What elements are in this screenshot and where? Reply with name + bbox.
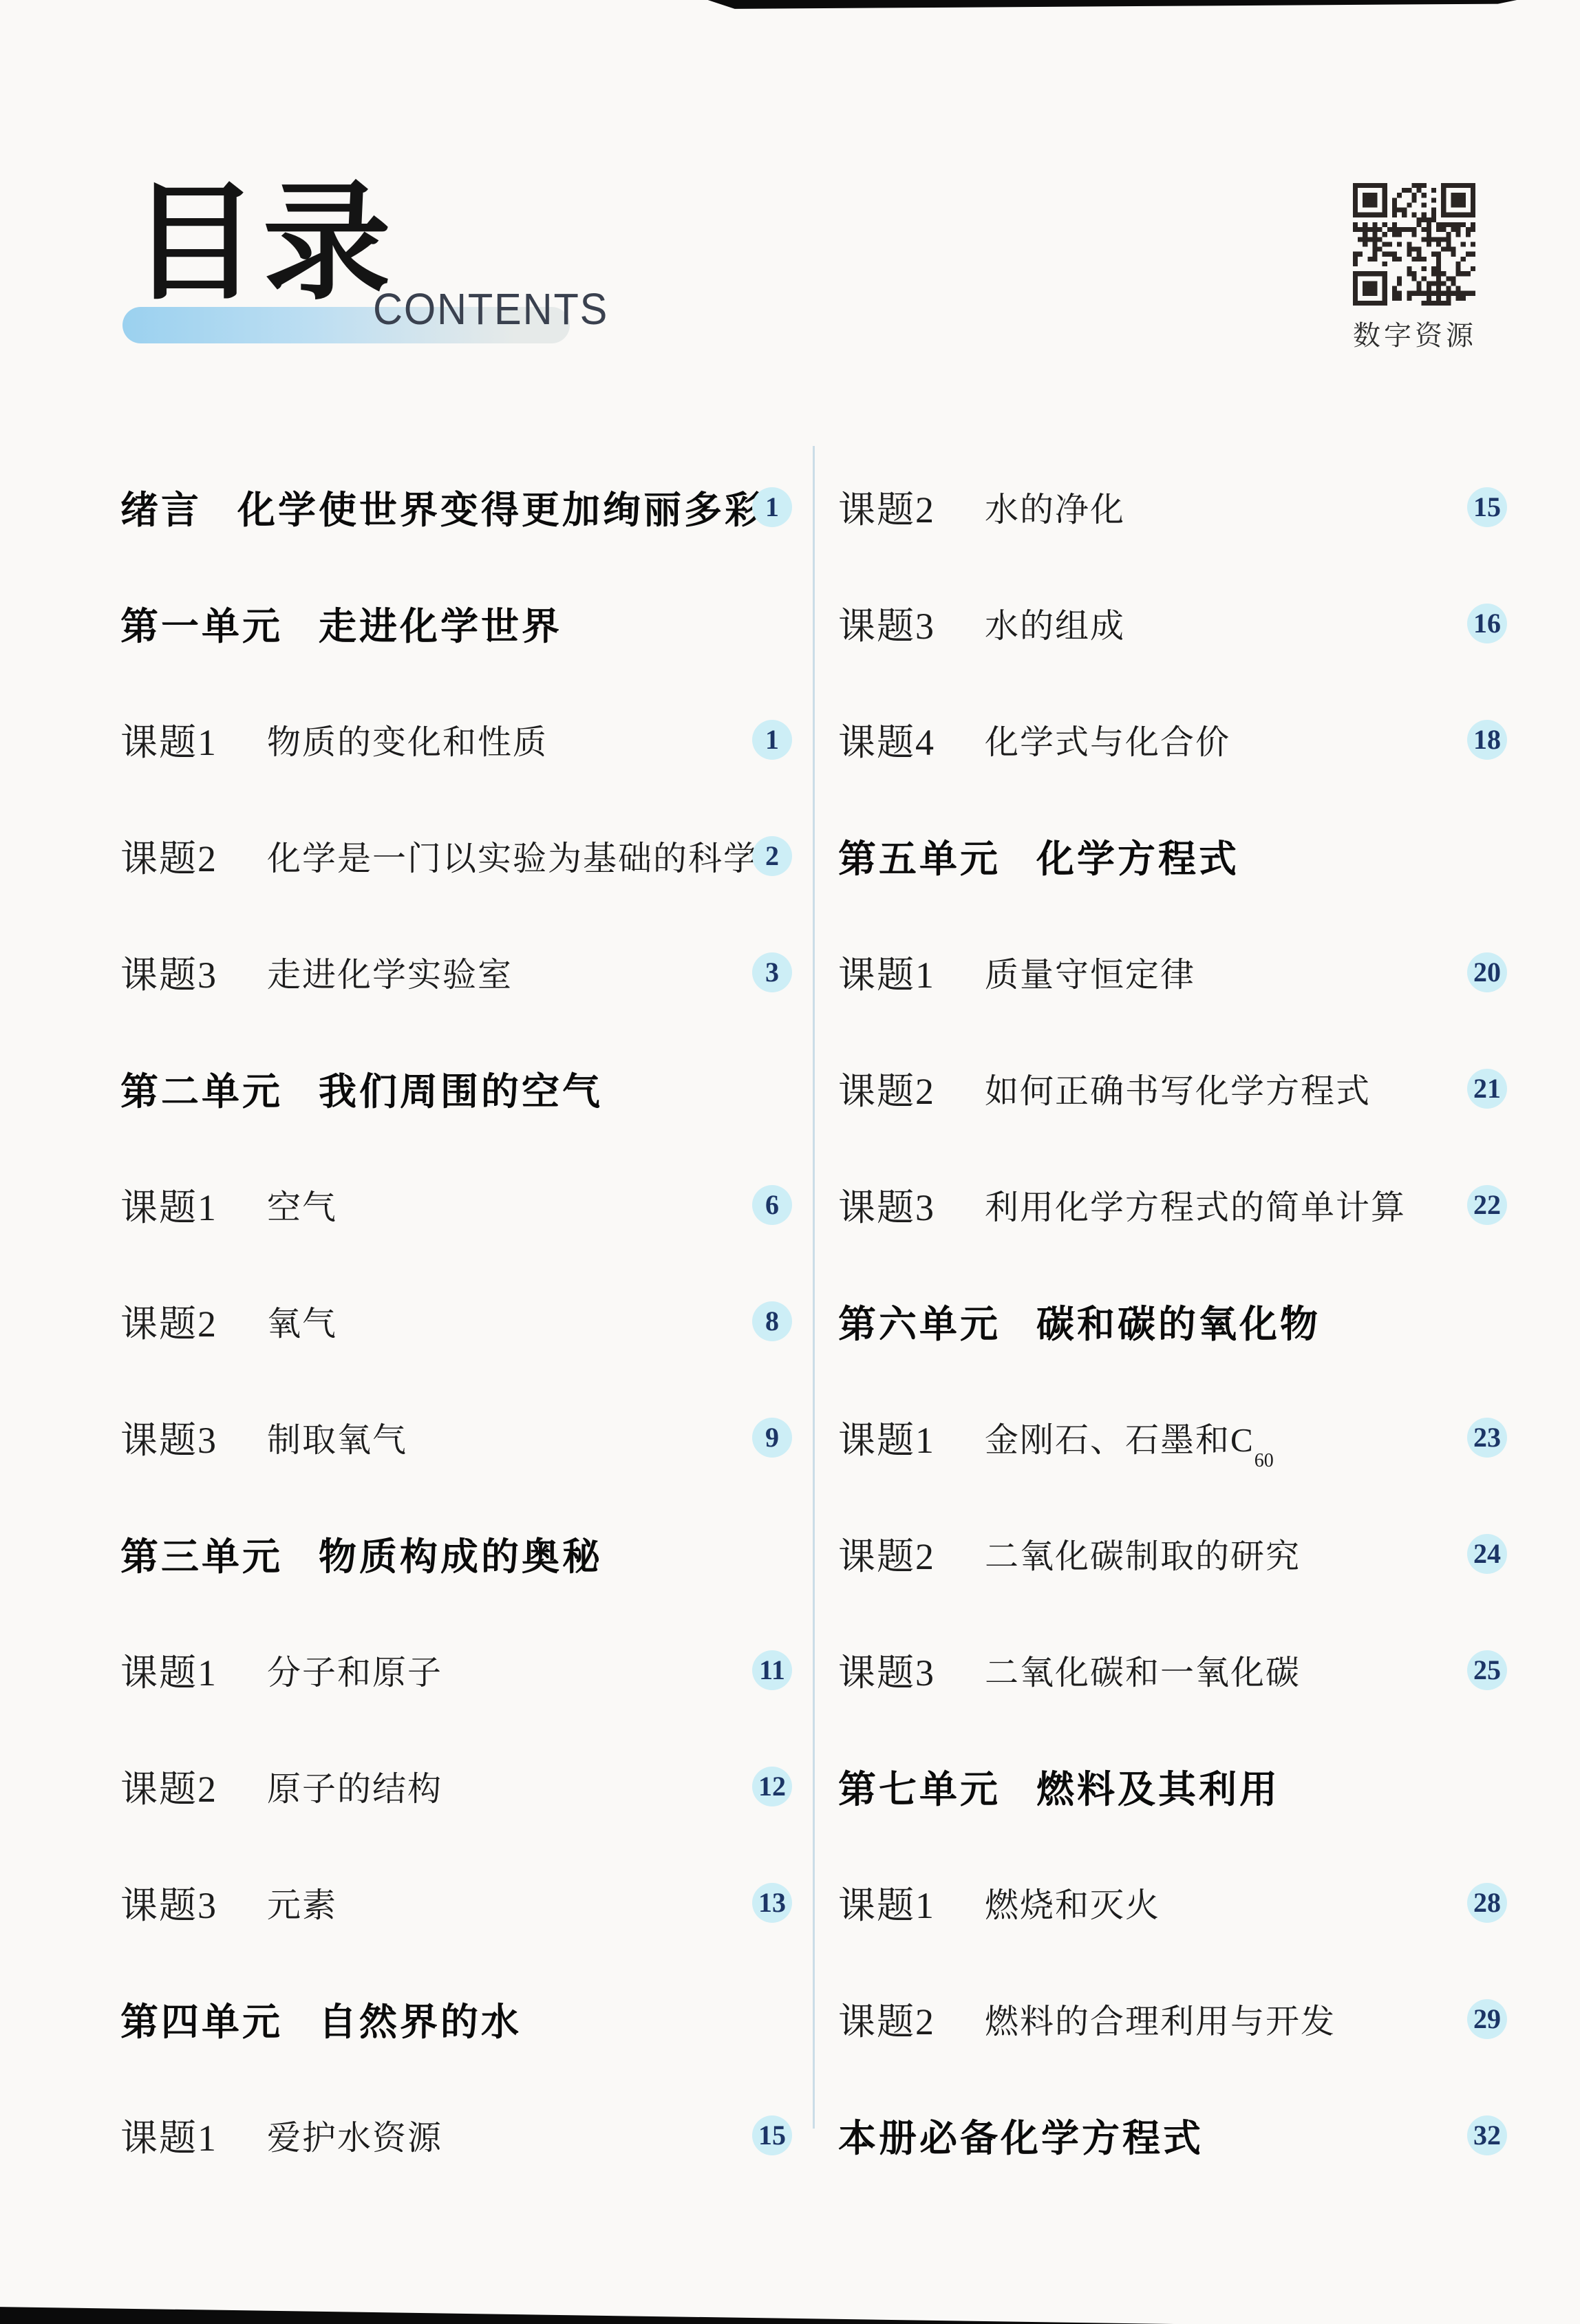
toc-entry-title: 燃料的合理利用与开发: [985, 1995, 1336, 2043]
page-number-badge: 16: [1467, 604, 1507, 643]
toc-entry-title: 燃料及其利用: [1036, 1759, 1280, 1813]
page-number-badge: 28: [1467, 1883, 1507, 1923]
page-number-badge: 1: [752, 720, 792, 760]
toc-row: 第二单元我们周围的空气: [120, 1030, 815, 1147]
toc-row: 课题2水的净化15: [838, 449, 1535, 565]
toc-row: 本册必备化学方程式32: [838, 2077, 1535, 2193]
toc-row: 课题1金刚石、石墨和C6023: [838, 1379, 1535, 1495]
toc-row: 课题2原子的结构12: [120, 1728, 815, 1844]
toc-row: 第三单元物质构成的奥秘: [120, 1495, 815, 1612]
qr-caption: 数字资源: [1353, 314, 1475, 353]
toc-row: 课题1质量守恒定律20: [838, 914, 1535, 1030]
toc-entry-label: 第六单元: [838, 1294, 1001, 1348]
toc-entry-title: 物质构成的奥秘: [319, 1526, 603, 1581]
toc-entry-title: 水的组成: [985, 599, 1125, 648]
toc-row: 第一单元走进化学世界: [120, 565, 815, 681]
toc-entry-label: 课题2: [838, 1992, 935, 2045]
page-number-badge: 23: [1467, 1418, 1507, 1458]
page-number-badge: 24: [1467, 1534, 1507, 1574]
toc-entry-title: 燃烧和灭火: [985, 1879, 1160, 1927]
toc-entry-title: 分子和原子: [267, 1646, 442, 1694]
toc-row: 课题3元素13: [120, 1844, 815, 1961]
toc-entry-title: 自然界的水: [319, 1992, 522, 2046]
toc-entry-title: 化学式与化合价: [985, 716, 1230, 764]
toc-entry-label: 第五单元: [838, 829, 1001, 883]
toc-entry-label: 课题3: [120, 1876, 217, 1929]
toc-entry-label: 第七单元: [838, 1759, 1001, 1813]
page-number-badge: 25: [1467, 1650, 1507, 1690]
toc-entry-label: 课题3: [120, 1411, 217, 1464]
toc-entry-label: 课题2: [120, 1294, 217, 1347]
toc-entry-label: 课题3: [838, 1643, 935, 1696]
toc-entry-label: 课题3: [120, 946, 217, 999]
toc-row: 课题3水的组成16: [838, 565, 1535, 681]
qr-block: 数字资源: [1353, 183, 1475, 353]
toc-row: 第六单元碳和碳的氧化物: [838, 1263, 1535, 1379]
toc-page: 目录 CONTENTS 数字资源 绪言化学使世界变得更加绚丽多彩1第一单元走进化…: [0, 0, 1580, 2324]
page-number-badge: 12: [752, 1767, 792, 1806]
toc-entry-title: 如何正确书写化学方程式: [985, 1065, 1371, 1113]
toc-row: 课题1燃烧和灭火28: [838, 1844, 1535, 1961]
page-number-badge: 6: [752, 1185, 792, 1225]
toc-entry-title: 空气: [267, 1181, 337, 1229]
page-number-badge: 8: [752, 1301, 792, 1341]
toc-entry-label: 绪言: [120, 480, 202, 534]
toc-row: 课题1爱护水资源15: [120, 2077, 815, 2193]
page-number-badge: 22: [1467, 1185, 1507, 1225]
toc-entry-title: 元素: [267, 1879, 337, 1927]
page-number-badge: 15: [752, 2115, 792, 2155]
toc-row: 课题2化学是一门以实验为基础的科学2: [120, 798, 815, 914]
toc-entry-title: 金刚石、石墨和C: [985, 1414, 1255, 1462]
toc-row: 课题2燃料的合理利用与开发29: [838, 1961, 1535, 2077]
page-number-badge: 13: [752, 1883, 792, 1923]
toc-column-left: 绪言化学使世界变得更加绚丽多彩1第一单元走进化学世界课题1物质的变化和性质1课题…: [120, 449, 815, 2193]
toc-entry-label: 第三单元: [120, 1526, 283, 1581]
toc-entry-label: 第二单元: [120, 1061, 283, 1116]
toc-row: 第四单元自然界的水: [120, 1961, 815, 2077]
toc-entry-label: 课题4: [838, 713, 935, 766]
toc-entry-title-subscript: 60: [1255, 1450, 1274, 1472]
toc-entry-label: 第一单元: [120, 596, 283, 650]
toc-entry-label: 课题1: [120, 2109, 217, 2162]
toc-entry-title: 我们周围的空气: [319, 1061, 603, 1116]
page-number-badge: 2: [752, 836, 792, 876]
toc-row: 课题2如何正确书写化学方程式21: [838, 1030, 1535, 1147]
toc-row: 课题2二氧化碳制取的研究24: [838, 1495, 1535, 1612]
scan-artifact-top: [0, 0, 1580, 10]
toc-row: 课题3利用化学方程式的简单计算22: [838, 1147, 1535, 1263]
toc-entry-label: 课题1: [120, 1178, 217, 1231]
toc-entry-label: 课题1: [120, 1643, 217, 1696]
toc-entry-label: 课题1: [120, 713, 217, 766]
toc-entry-title: 碳和碳的氧化物: [1036, 1294, 1321, 1348]
page-number-badge: 15: [1467, 487, 1507, 527]
page-number-badge: 9: [752, 1418, 792, 1458]
toc-entry-title: 化学是一门以实验为基础的科学: [267, 832, 758, 880]
toc-row: 课题3走进化学实验室3: [120, 914, 815, 1030]
toc-entry-title: 本册必备化学方程式: [838, 2108, 1204, 2162]
qr-code-icon: [1353, 183, 1475, 306]
page-title: 目录: [131, 180, 395, 308]
toc-entry-label: 课题1: [838, 1411, 935, 1464]
page-number-badge: 1: [752, 487, 792, 527]
toc-entry-title: 物质的变化和性质: [267, 716, 548, 764]
toc-entry-label: 课题1: [838, 946, 935, 999]
toc-row: 第五单元化学方程式: [838, 798, 1535, 914]
toc-row: 课题2氧气8: [120, 1263, 815, 1379]
toc-entry-title: 走进化学实验室: [267, 948, 513, 996]
toc-entry-label: 课题1: [838, 1876, 935, 1929]
toc-row: 课题3二氧化碳和一氧化碳25: [838, 1612, 1535, 1728]
toc-row: 绪言化学使世界变得更加绚丽多彩1: [120, 449, 815, 565]
page-number-badge: 21: [1467, 1069, 1507, 1109]
toc-entry-title: 原子的结构: [267, 1762, 442, 1811]
toc-entry-label: 课题2: [120, 1760, 217, 1813]
toc-entry-title: 质量守恒定律: [985, 948, 1195, 996]
toc-entry-title: 走进化学世界: [319, 596, 562, 650]
toc-entry-label: 课题2: [120, 829, 217, 882]
toc-entry-title: 爱护水资源: [267, 2111, 442, 2160]
toc-entry-title: 水的净化: [985, 483, 1125, 531]
toc-entry-label: 课题2: [838, 1062, 935, 1115]
toc-entry-label: 课题3: [838, 1178, 935, 1231]
toc-column-right: 课题2水的净化15课题3水的组成16课题4化学式与化合价18第五单元化学方程式课…: [838, 449, 1535, 2193]
toc-entry-title: 制取氧气: [267, 1414, 407, 1462]
toc-row: 第七单元燃料及其利用: [838, 1728, 1535, 1844]
toc-entry-title: 化学使世界变得更加绚丽多彩: [237, 480, 765, 534]
toc-row: 课题1空气6: [120, 1147, 815, 1263]
page-number-badge: 18: [1467, 720, 1507, 760]
toc-row: 课题3制取氧气9: [120, 1379, 815, 1495]
toc-entry-label: 课题2: [838, 1527, 935, 1580]
toc-entry-title: 化学方程式: [1036, 829, 1239, 883]
toc-entry-title: 氧气: [267, 1297, 337, 1345]
toc-entry-label: 课题2: [838, 480, 935, 533]
toc-row: 课题1分子和原子11: [120, 1612, 815, 1728]
toc-entry-label: 第四单元: [120, 1992, 283, 2046]
toc-entry-title: 利用化学方程式的简单计算: [985, 1181, 1406, 1229]
page-number-badge: 3: [752, 952, 792, 992]
page-number-badge: 11: [752, 1650, 792, 1690]
toc-entry-title: 二氧化碳制取的研究: [985, 1530, 1301, 1578]
toc-row: 课题1物质的变化和性质1: [120, 681, 815, 798]
toc-row: 课题4化学式与化合价18: [838, 681, 1535, 798]
toc-entry-label: 课题3: [838, 597, 935, 650]
page-number-badge: 29: [1467, 1999, 1507, 2039]
page-number-badge: 32: [1467, 2115, 1507, 2155]
toc-entry-title: 二氧化碳和一氧化碳: [985, 1646, 1301, 1694]
page-title-en: CONTENTS: [373, 284, 608, 334]
scan-artifact-bottom: [0, 2303, 1580, 2324]
page-number-badge: 20: [1467, 952, 1507, 992]
